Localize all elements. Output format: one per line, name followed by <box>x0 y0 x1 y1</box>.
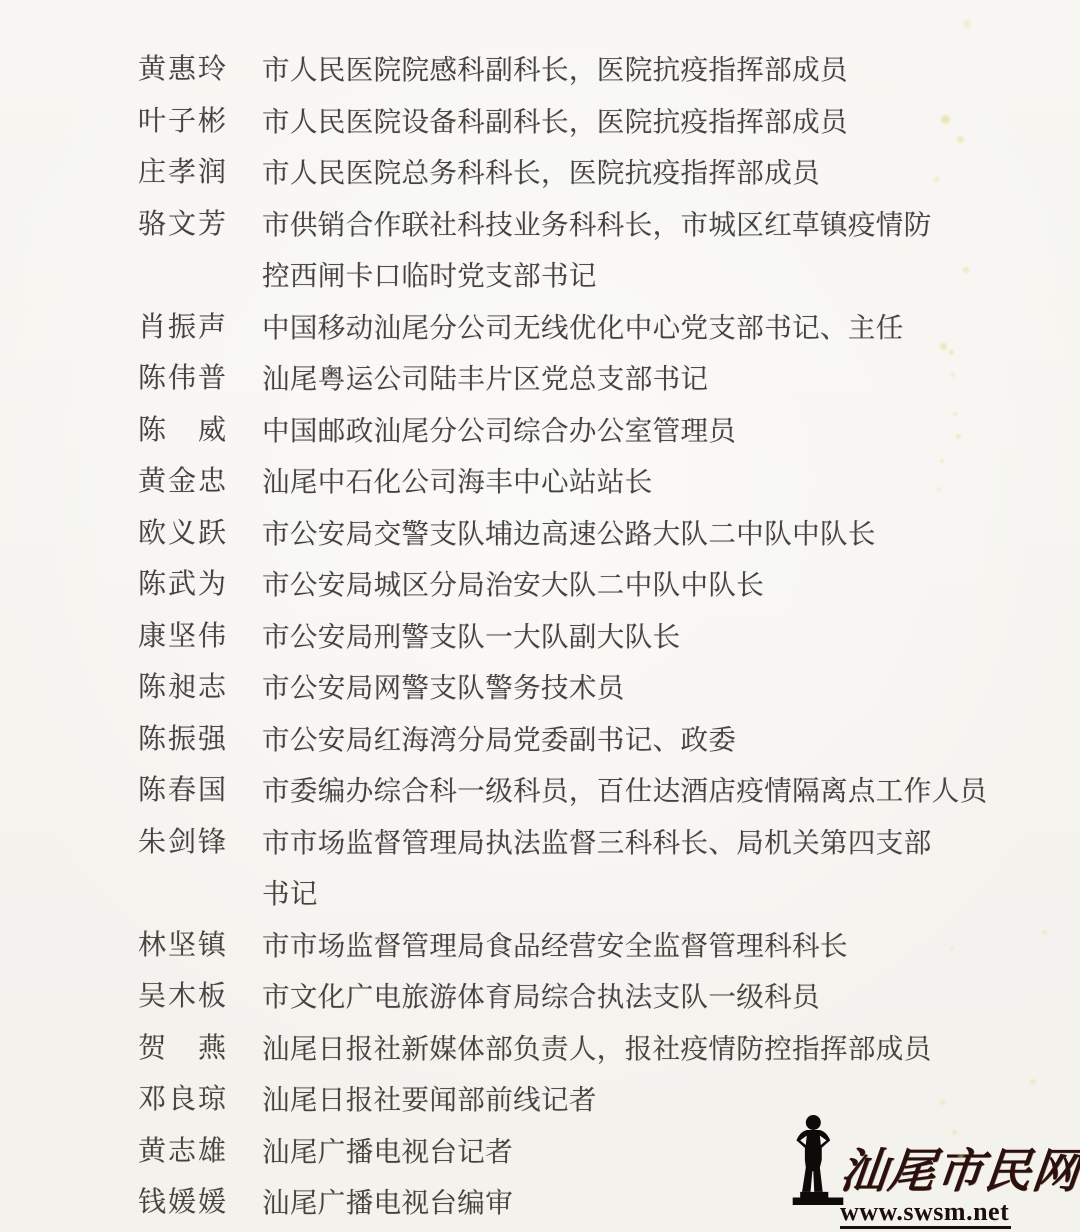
person-title-line: 中国邮政汕尾分公司综合办公室管理员 <box>262 405 736 457</box>
list-item: 陈春国市委编办综合科一级科员，百仕达酒店疫情隔离点工作人员 <box>138 765 1050 817</box>
person-title-line: 汕尾广播电视台编审 <box>262 1177 513 1229</box>
person-title: 汕尾中石化公司海丰中心站站长 <box>262 456 653 508</box>
list-item: 欧义跃市公安局交警支队埔边高速公路大队二中队中队长 <box>138 508 1050 560</box>
list-item: 陈伟普汕尾粤运公司陆丰片区党总支部书记 <box>138 353 1050 405</box>
person-name: 黄志雄 <box>138 1126 262 1178</box>
list-item: 吴木板市文化广电旅游体育局综合执法支队一级科员 <box>138 971 1050 1023</box>
person-title: 市人民医院总务科科长，医院抗疫指挥部成员 <box>262 147 820 199</box>
person-title: 市公安局红海湾分局党委副书记、政委 <box>262 714 736 766</box>
list-item: 林坚镇市市场监督管理局食品经营安全监督管理科科长 <box>138 920 1050 972</box>
list-item: 贺 燕汕尾日报社新媒体部负责人，报社疫情防控指挥部成员 <box>138 1023 1050 1075</box>
person-title: 市公安局交警支队埔边高速公路大队二中队中队长 <box>262 508 876 560</box>
list-item: 朱剑锋市市场监督管理局执法监督三科科长、局机关第四支部书记 <box>138 817 1050 920</box>
person-title-line: 市公安局交警支队埔边高速公路大队二中队中队长 <box>262 508 876 560</box>
watermark: 汕尾市民网 www.swsm.net <box>788 1089 1080 1231</box>
roster-list: 黄惠玲市人民医院院感科副科长，医院抗疫指挥部成员叶子彬市人民医院设备科副科长，医… <box>138 44 1050 1229</box>
person-title: 市人民医院设备科副科长，医院抗疫指挥部成员 <box>262 96 848 148</box>
person-title-line: 市人民医院设备科副科长，医院抗疫指挥部成员 <box>262 96 848 148</box>
person-title-line: 市供销合作联社科技业务科科长，市城区红草镇疫情防 <box>262 199 932 251</box>
person-title-line: 汕尾日报社新媒体部负责人，报社疫情防控指挥部成员 <box>262 1023 932 1075</box>
person-name: 欧义跃 <box>138 508 262 560</box>
person-name: 林坚镇 <box>138 920 262 972</box>
person-title-line: 汕尾中石化公司海丰中心站站长 <box>262 456 653 508</box>
person-name: 骆文芳 <box>138 199 262 251</box>
person-title-line: 书记 <box>262 868 932 920</box>
person-title: 市文化广电旅游体育局综合执法支队一级科员 <box>262 971 820 1023</box>
person-title-line: 市文化广电旅游体育局综合执法支队一级科员 <box>262 971 820 1023</box>
person-name: 黄金忠 <box>138 456 262 508</box>
person-title: 汕尾粤运公司陆丰片区党总支部书记 <box>262 353 708 405</box>
list-item: 庄孝润市人民医院总务科科长，医院抗疫指挥部成员 <box>138 147 1050 199</box>
site-url: www.swsm.net <box>840 1198 1011 1229</box>
person-title-line: 市公安局刑警支队一大队副大队长 <box>262 611 681 663</box>
list-item: 叶子彬市人民医院设备科副科长，医院抗疫指挥部成员 <box>138 96 1050 148</box>
person-name: 陈 威 <box>138 405 262 457</box>
person-title: 中国移动汕尾分公司无线优化中心党支部书记、主任 <box>262 302 904 354</box>
person-title-line: 汕尾日报社要闻部前线记者 <box>262 1074 597 1126</box>
person-name: 陈振强 <box>138 714 262 766</box>
person-title: 市市场监督管理局食品经营安全监督管理科科长 <box>262 920 848 972</box>
person-title: 汕尾广播电视台记者 <box>262 1126 513 1178</box>
person-name: 吴木板 <box>138 971 262 1023</box>
person-title: 市公安局网警支队警务技术员 <box>262 662 625 714</box>
person-title-line: 市公安局城区分局治安大队二中队中队长 <box>262 559 764 611</box>
person-name: 肖振声 <box>138 302 262 354</box>
list-item: 肖振声中国移动汕尾分公司无线优化中心党支部书记、主任 <box>138 302 1050 354</box>
person-name: 陈伟普 <box>138 353 262 405</box>
list-item: 黄金忠汕尾中石化公司海丰中心站站长 <box>138 456 1050 508</box>
person-title-line: 市人民医院总务科科长，医院抗疫指挥部成员 <box>262 147 820 199</box>
watermark-text: 汕尾市民网 www.swsm.net <box>840 1148 1080 1231</box>
person-name: 邓良琼 <box>138 1074 262 1126</box>
person-name: 庄孝润 <box>138 147 262 199</box>
person-title: 市供销合作联社科技业务科科长，市城区红草镇疫情防控西闸卡口临时党支部书记 <box>262 199 932 302</box>
person-name: 叶子彬 <box>138 96 262 148</box>
site-name: 汕尾市民网 <box>837 1148 1080 1197</box>
person-title: 汕尾日报社新媒体部负责人，报社疫情防控指挥部成员 <box>262 1023 932 1075</box>
person-title: 市市场监督管理局执法监督三科科长、局机关第四支部书记 <box>262 817 932 920</box>
person-title: 中国邮政汕尾分公司综合办公室管理员 <box>262 405 736 457</box>
list-item: 陈 威中国邮政汕尾分公司综合办公室管理员 <box>138 405 1050 457</box>
person-title: 市公安局城区分局治安大队二中队中队长 <box>262 559 764 611</box>
person-title-line: 市委编办综合科一级科员，百仕达酒店疫情隔离点工作人员 <box>262 765 987 817</box>
person-title: 市人民医院院感科副科长，医院抗疫指挥部成员 <box>262 44 848 96</box>
person-name: 陈昶志 <box>138 662 262 714</box>
list-item: 陈武为市公安局城区分局治安大队二中队中队长 <box>138 559 1050 611</box>
person-title: 市委编办综合科一级科员，百仕达酒店疫情隔离点工作人员 <box>262 765 987 817</box>
person-name: 贺 燕 <box>138 1023 262 1075</box>
list-item: 康坚伟市公安局刑警支队一大队副大队长 <box>138 611 1050 663</box>
person-title-line: 市公安局红海湾分局党委副书记、政委 <box>262 714 736 766</box>
person-name: 康坚伟 <box>138 611 262 663</box>
person-name: 钱媛媛 <box>138 1177 262 1229</box>
document-page: 黄惠玲市人民医院院感科副科长，医院抗疫指挥部成员叶子彬市人民医院设备科副科长，医… <box>0 0 1080 1232</box>
list-item: 陈昶志市公安局网警支队警务技术员 <box>138 662 1050 714</box>
scan-speckle <box>963 20 971 28</box>
list-item: 骆文芳市供销合作联社科技业务科科长，市城区红草镇疫情防控西闸卡口临时党支部书记 <box>138 199 1050 302</box>
person-name: 黄惠玲 <box>138 44 262 96</box>
person-silhouette-icon <box>788 1089 848 1231</box>
person-title-line: 控西闸卡口临时党支部书记 <box>262 250 932 302</box>
list-item: 黄惠玲市人民医院院感科副科长，医院抗疫指挥部成员 <box>138 44 1050 96</box>
person-title-line: 汕尾广播电视台记者 <box>262 1126 513 1178</box>
person-title-line: 市公安局网警支队警务技术员 <box>262 662 625 714</box>
person-title-line: 汕尾粤运公司陆丰片区党总支部书记 <box>262 353 708 405</box>
person-title-line: 市市场监督管理局执法监督三科科长、局机关第四支部 <box>262 817 932 869</box>
person-title: 汕尾日报社要闻部前线记者 <box>262 1074 597 1126</box>
person-name: 陈春国 <box>138 765 262 817</box>
person-title-line: 市市场监督管理局食品经营安全监督管理科科长 <box>262 920 848 972</box>
person-name: 朱剑锋 <box>138 817 262 869</box>
person-name: 陈武为 <box>138 559 262 611</box>
person-title: 市公安局刑警支队一大队副大队长 <box>262 611 681 663</box>
list-item: 陈振强市公安局红海湾分局党委副书记、政委 <box>138 714 1050 766</box>
person-title: 汕尾广播电视台编审 <box>262 1177 513 1229</box>
person-title-line: 中国移动汕尾分公司无线优化中心党支部书记、主任 <box>262 302 904 354</box>
person-title-line: 市人民医院院感科副科长，医院抗疫指挥部成员 <box>262 44 848 96</box>
